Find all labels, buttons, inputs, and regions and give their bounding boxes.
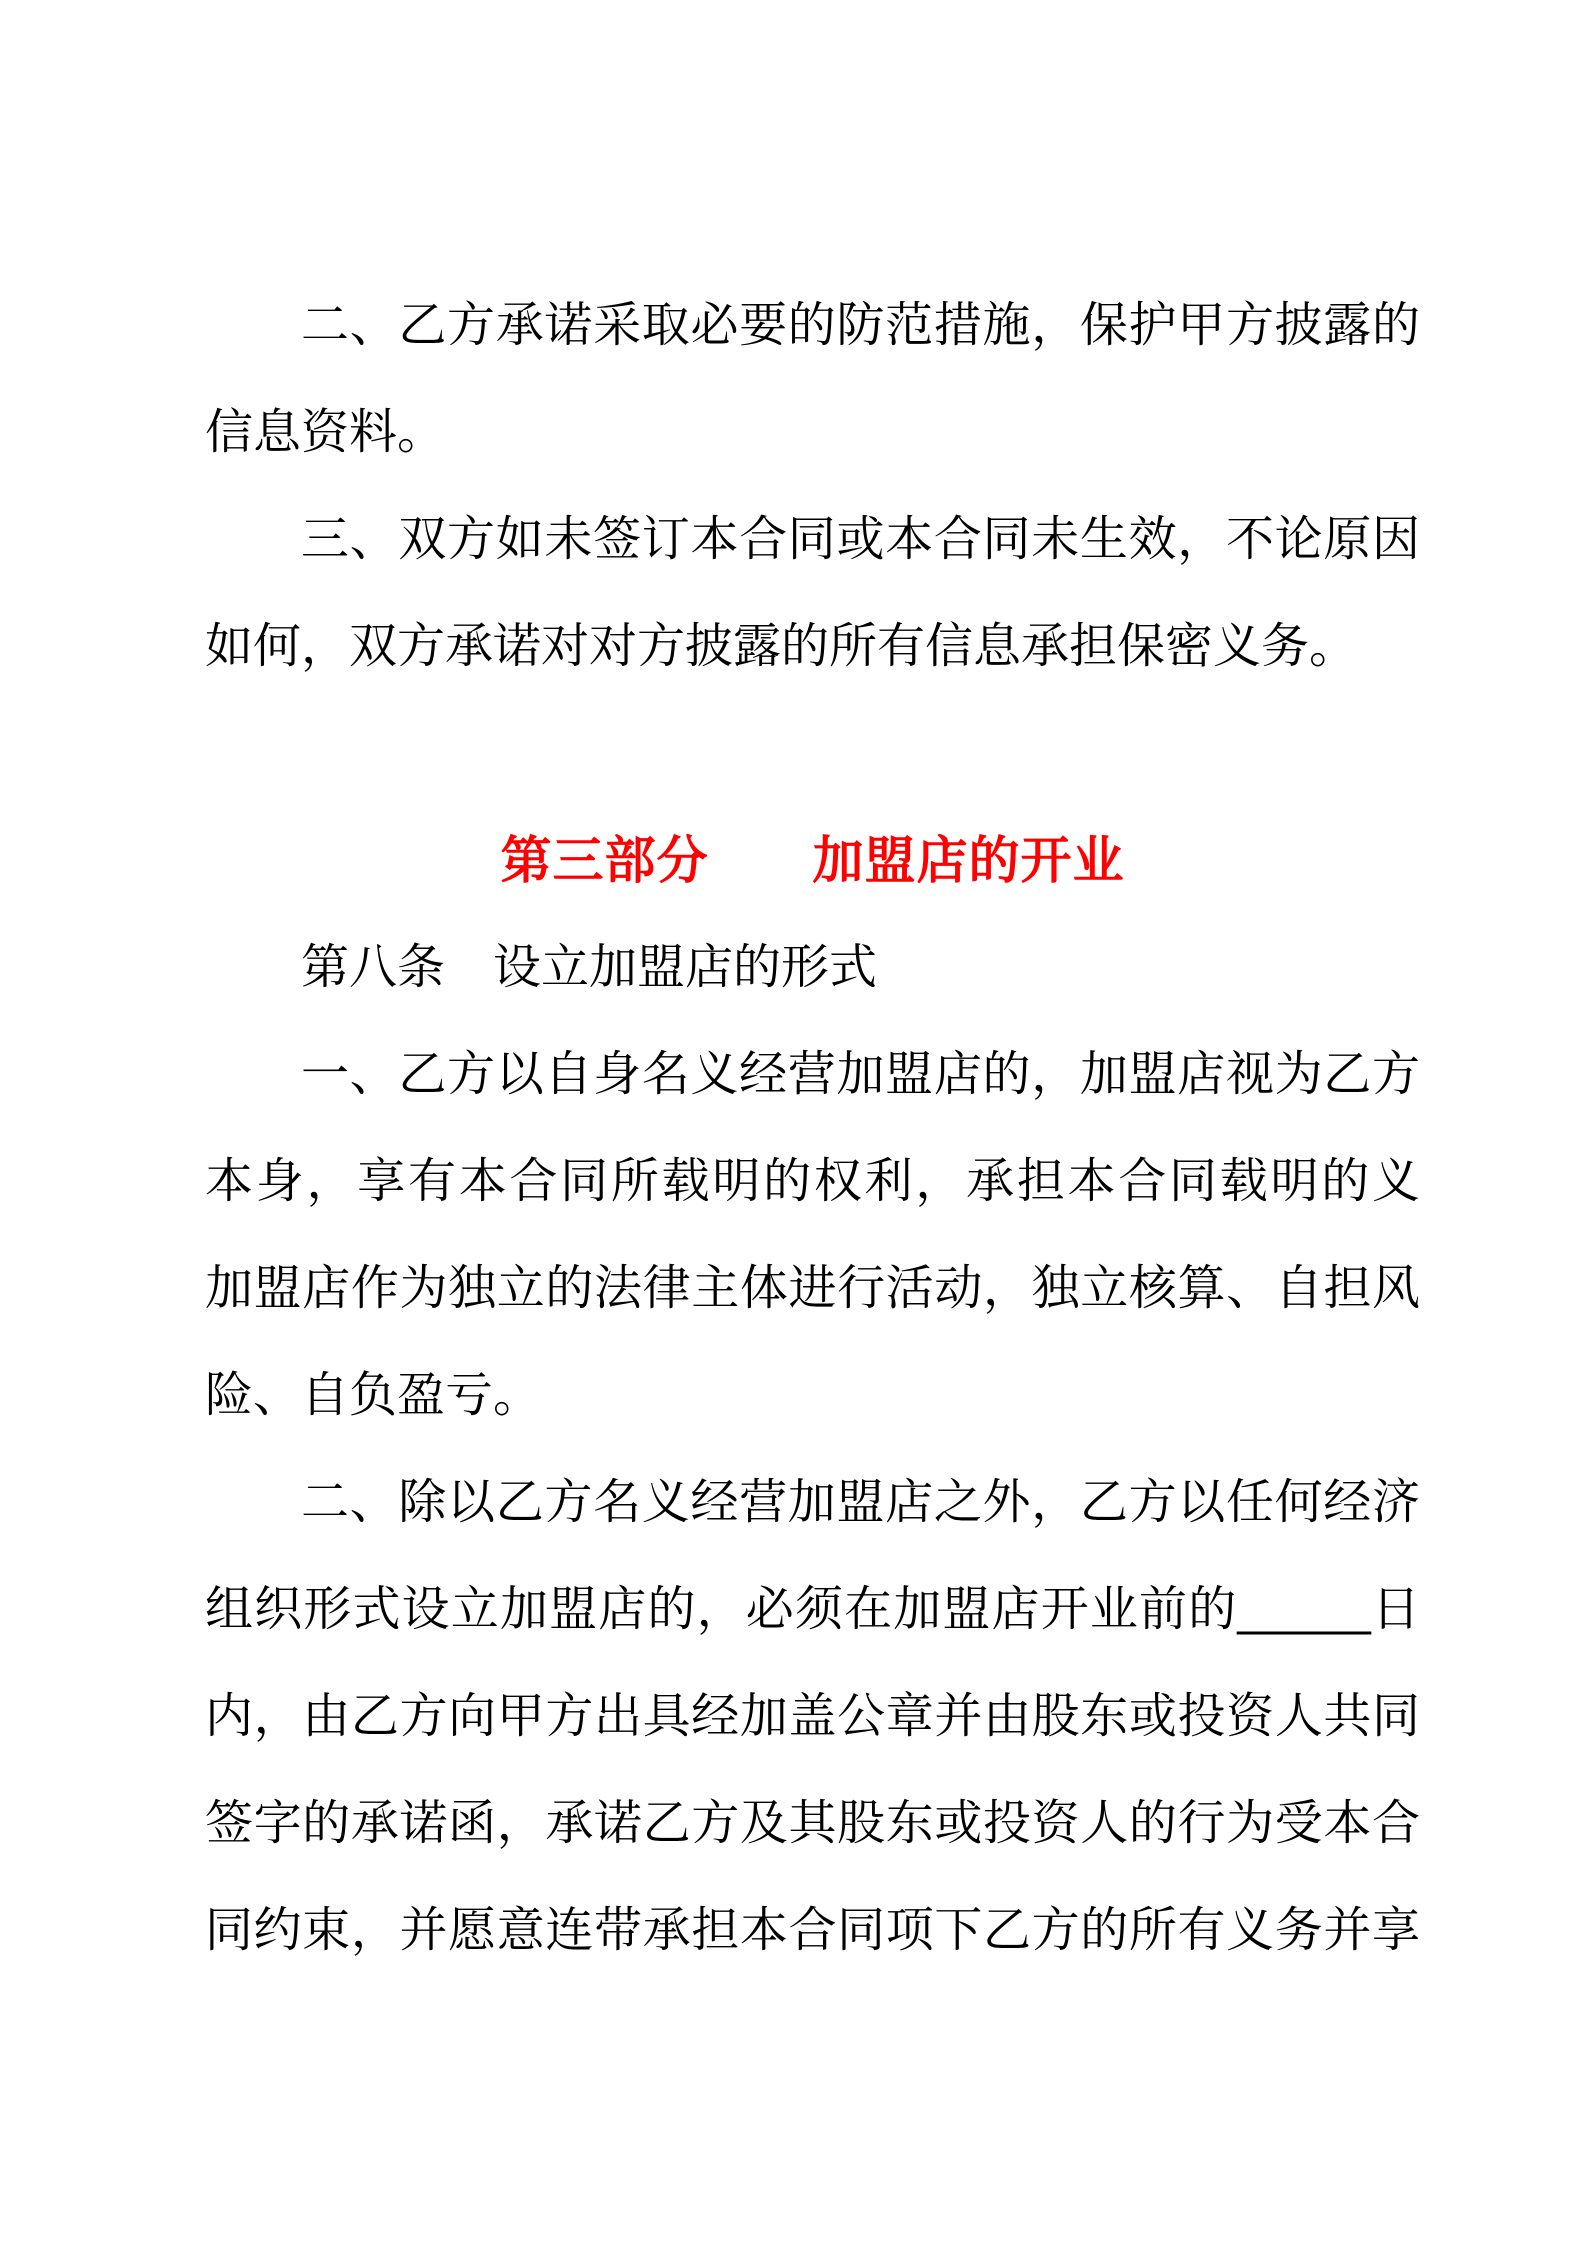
document-line: 二、乙方承诺采取必要的防范措施，保护甲方披露的 xyxy=(205,272,1420,379)
document-line: 一、乙方以自身名义经营加盟店的，加盟店视为乙方 xyxy=(205,1021,1420,1128)
document-line: 三、双方如未签订本合同或本合同未生效，不论原因 xyxy=(205,486,1420,593)
document-line: 本身，享有本合同所载明的权利，承担本合同载明的义务。 xyxy=(205,1128,1420,1235)
document-line: 加盟店作为独立的法律主体进行活动，独立核算、自担风 xyxy=(205,1235,1420,1342)
document-line: 如何，双方承诺对对方披露的所有信息承担保密义务。 xyxy=(205,593,1420,700)
blank-line xyxy=(205,700,1420,807)
document-line: 信息资料。 xyxy=(205,379,1420,486)
document-line: 险、自负盈亏。 xyxy=(205,1342,1420,1449)
document-page: 二、乙方承诺采取必要的防范措施，保护甲方披露的 信息资料。 三、双方如未签订本合… xyxy=(205,272,1420,1984)
document-line: 内，由乙方向甲方出具经加盖公章并由股东或投资人共同 xyxy=(205,1663,1420,1770)
document-line: 组织形式设立加盟店的，必须在加盟店开业前的_____日 xyxy=(205,1556,1420,1663)
document-line: 二、除以乙方名义经营加盟店之外，乙方以任何经济 xyxy=(205,1449,1420,1556)
section-heading: 第三部分 加盟店的开业 xyxy=(205,807,1420,914)
document-line: 签字的承诺函，承诺乙方及其股东或投资人的行为受本合 xyxy=(205,1770,1420,1877)
document-line: 同约束，并愿意连带承担本合同项下乙方的所有义务并享 xyxy=(205,1877,1420,1984)
document-line: 第八条 设立加盟店的形式 xyxy=(205,914,1420,1021)
